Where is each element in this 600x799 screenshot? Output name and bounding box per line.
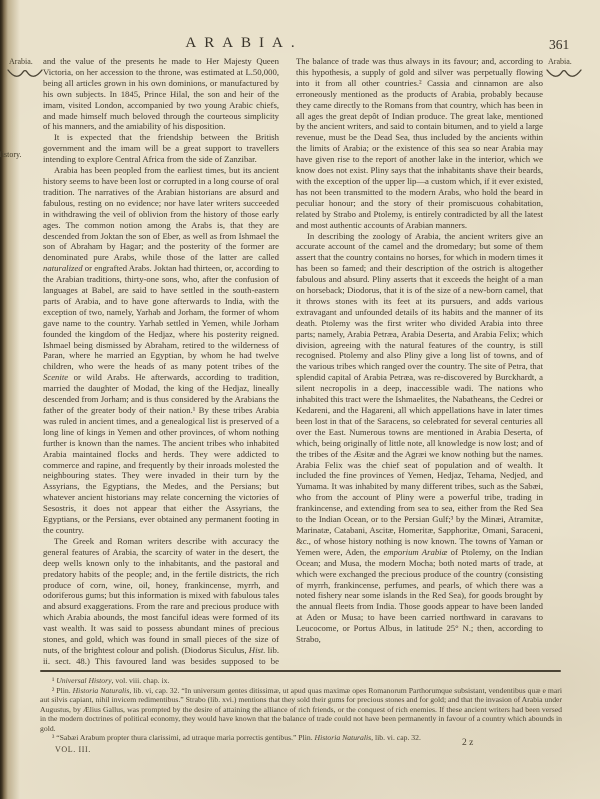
- volume-label: VOL. III.: [55, 745, 91, 754]
- page-title: ARABIA.: [0, 35, 488, 52]
- book-page: ARABIA. 361 Arabia. History. Arabia. and…: [0, 0, 600, 799]
- paragraph: and the value of the presents he made to…: [43, 56, 279, 132]
- paragraph: It is expected that the friendship betwe…: [43, 132, 279, 165]
- brace-flourish-icon: [545, 67, 583, 79]
- brace-flourish-icon: [6, 67, 44, 79]
- paragraph: Arabia has been peopled from the earlies…: [43, 165, 279, 536]
- right-text-column: The balance of trade was thus always in …: [296, 56, 543, 669]
- margin-note-arabia-left: Arabia.: [9, 57, 33, 66]
- left-text-column: and the value of the presents he made to…: [43, 56, 279, 669]
- margin-note-arabia-right: Arabia.: [548, 57, 572, 66]
- paragraph: ³ “Sabæi Arabum propter thura clarissimi…: [40, 733, 562, 743]
- footnote-divider-rule: [40, 670, 561, 672]
- paragraph: In describing the zoology of Arabia, the…: [296, 231, 543, 645]
- paragraph: ¹ Universal History, vol. viii. chap. ix…: [40, 676, 562, 686]
- paragraph: The Greek and Roman writers describe wit…: [43, 536, 279, 669]
- footnotes-block: ¹ Universal History, vol. viii. chap. ix…: [40, 676, 562, 743]
- page-binding-edge: [0, 0, 20, 799]
- signature-mark: 2 z: [462, 738, 473, 748]
- page-number: 361: [549, 37, 569, 53]
- paragraph: ² Plin. Historia Naturalis, lib. vi, cap…: [40, 686, 562, 734]
- paragraph: The balance of trade was thus always in …: [296, 56, 543, 231]
- margin-note-history: History.: [0, 150, 21, 159]
